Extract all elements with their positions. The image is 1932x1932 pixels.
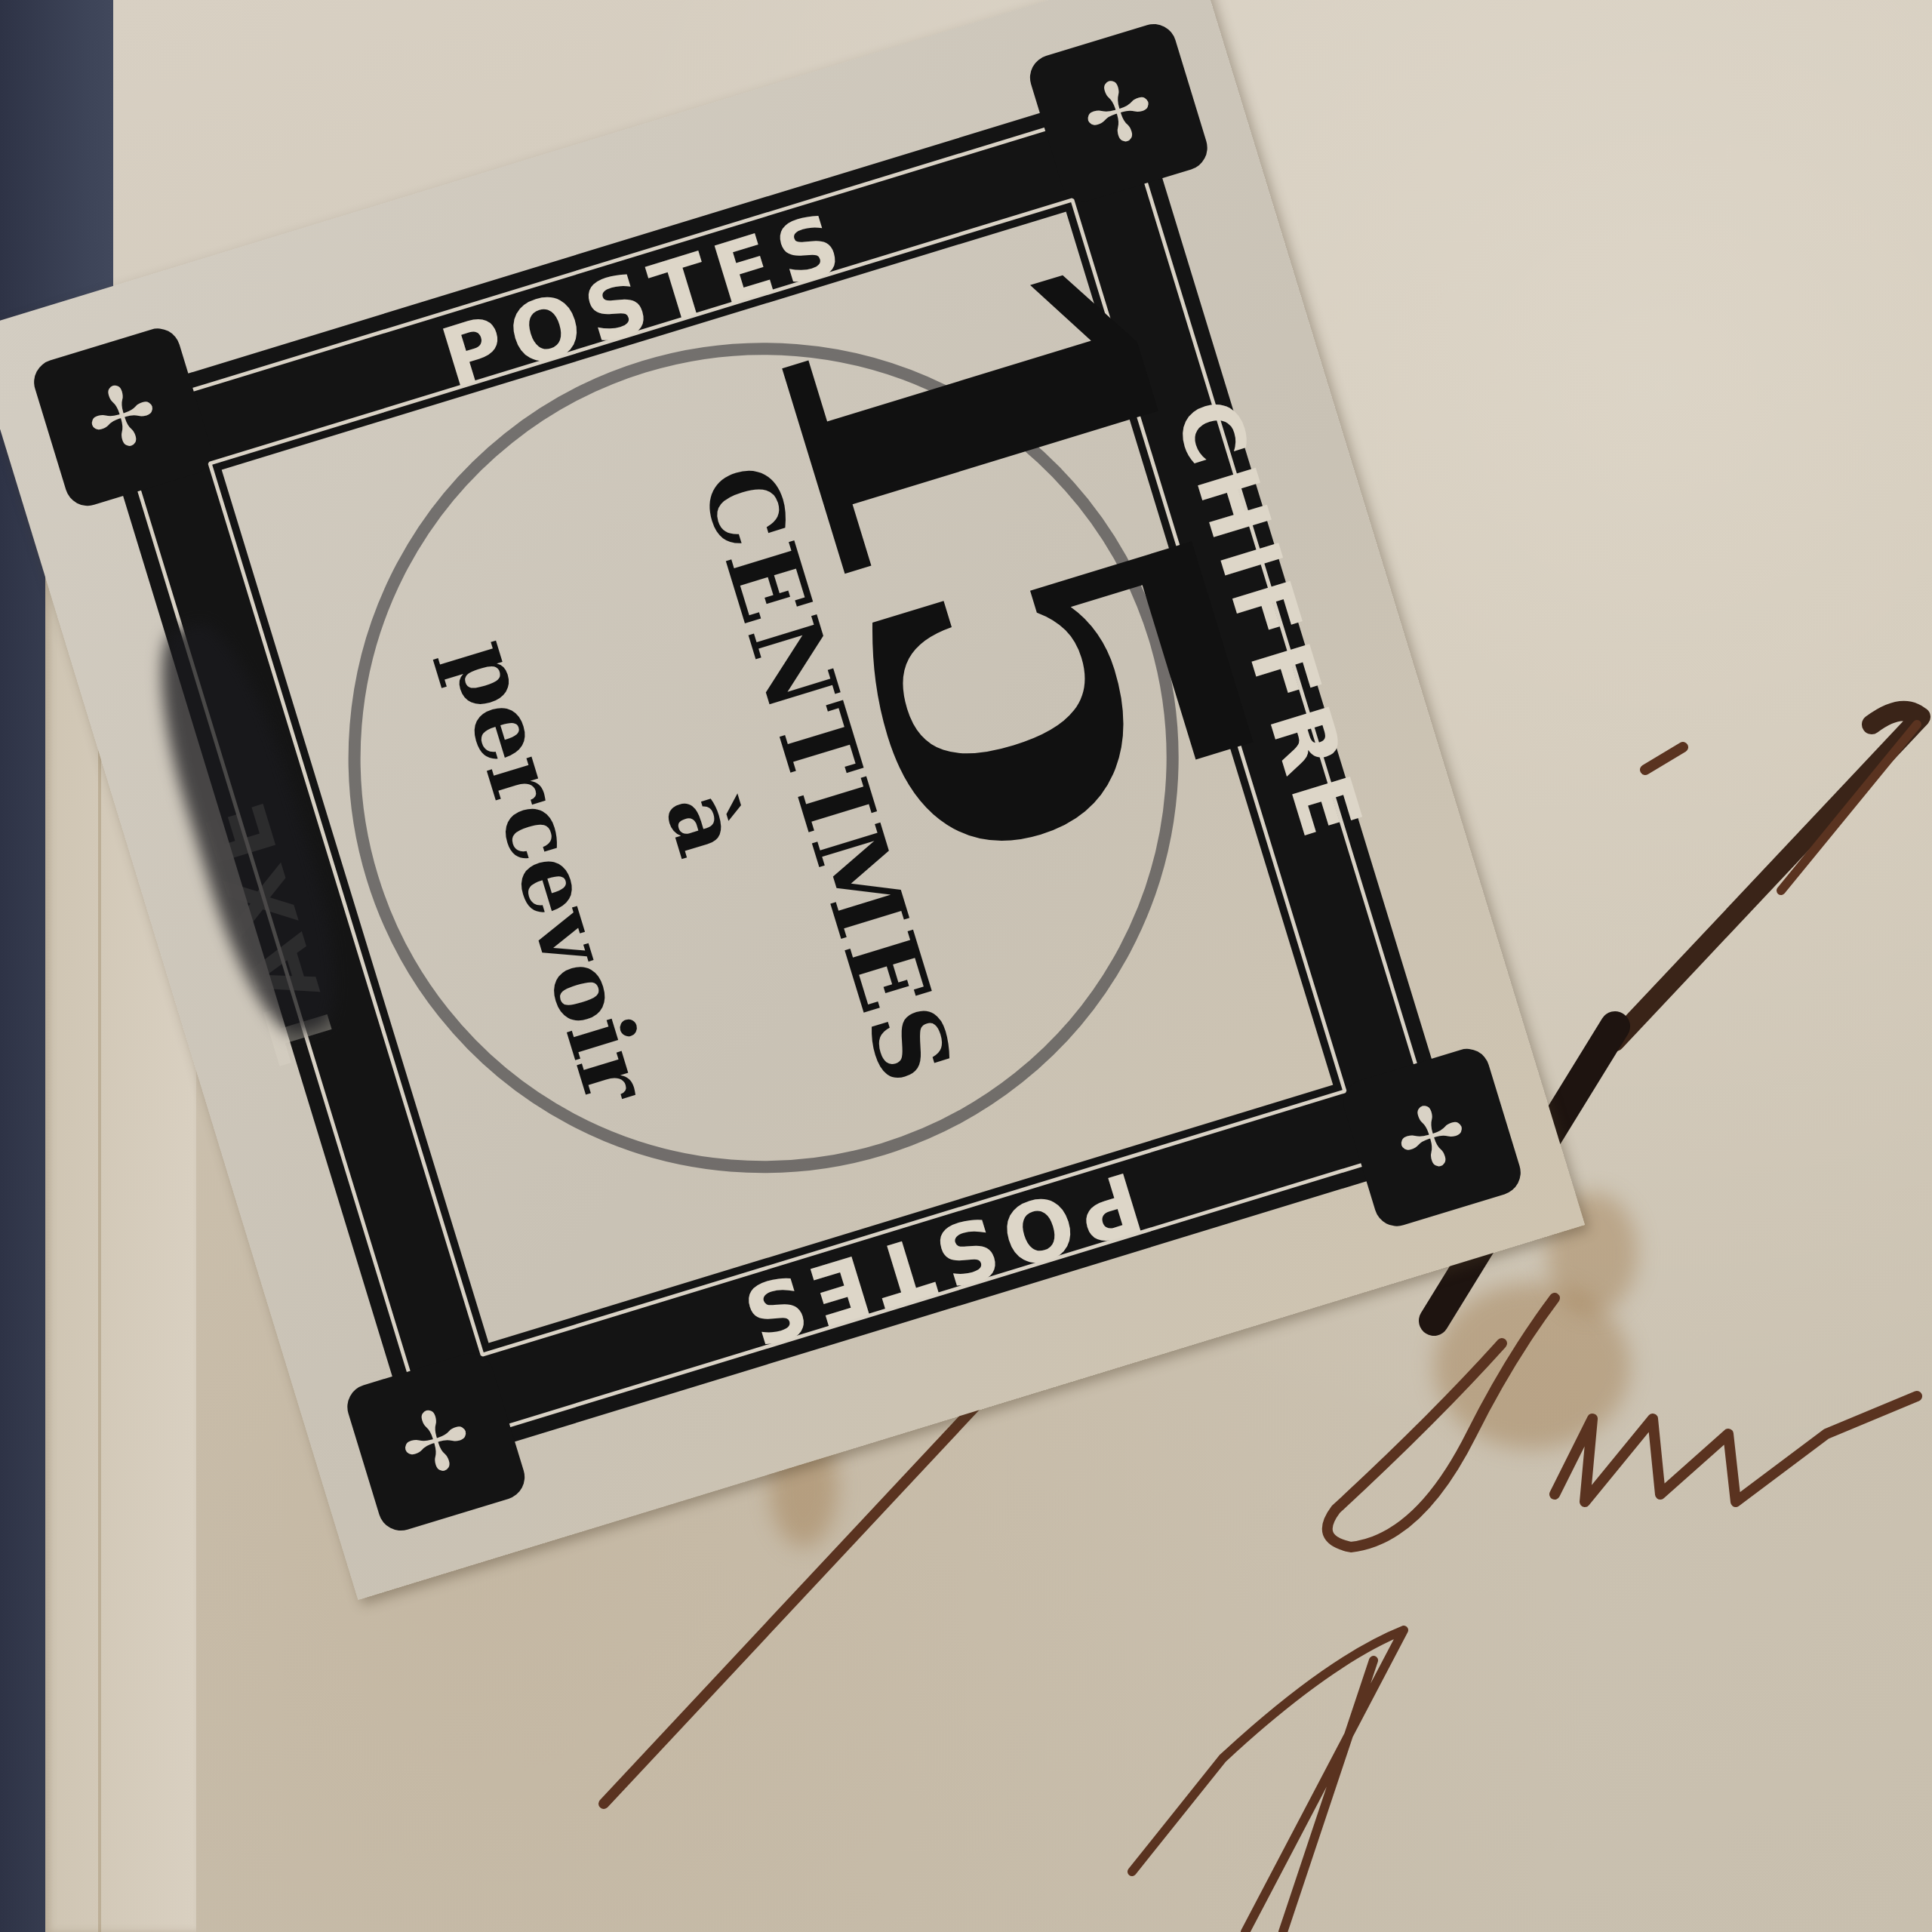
corner-ornament-glyph: ✢ bbox=[391, 1392, 481, 1492]
corner-ornament-glyph: ✢ bbox=[1073, 63, 1164, 162]
corner-ornament-glyph: ✢ bbox=[1386, 1088, 1477, 1187]
corner-ornament-glyph: ✢ bbox=[77, 368, 168, 467]
